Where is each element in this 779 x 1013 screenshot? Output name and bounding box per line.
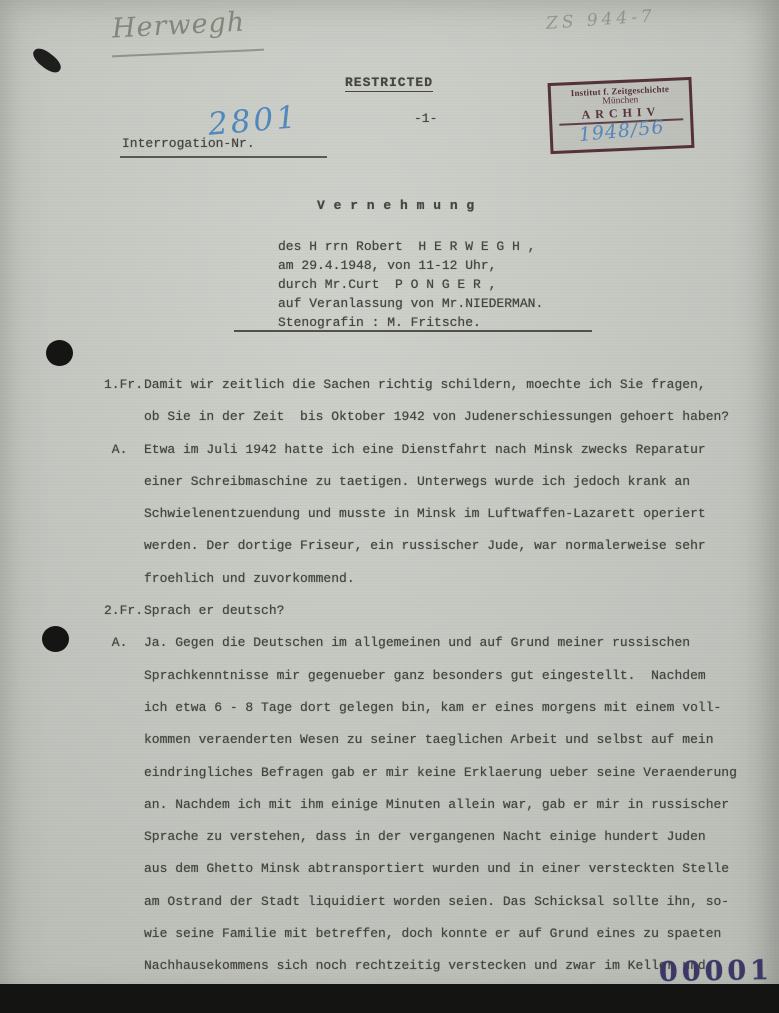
line-text: eindringliches Befragen gab er mir keine… [144, 757, 764, 789]
meta-line: am 29.4.1948, von 11-12 Uhr, [278, 256, 543, 275]
line-text: kommen veraenderten Wesen zu seiner taeg… [144, 724, 764, 756]
transcript-line: am Ostrand der Stadt liquidiert worden s… [104, 886, 764, 918]
line-text: aus dem Ghetto Minsk abtransportiert wur… [144, 853, 764, 885]
transcript-line: ob Sie in der Zeit bis Oktober 1942 von … [104, 401, 764, 433]
line-label: A. [104, 434, 144, 466]
page-stamp-number: 00001 [659, 955, 773, 988]
line-text: einer Schreibmaschine zu taetigen. Unter… [144, 466, 764, 498]
line-text: an. Nachdem ich mit ihm einige Minuten a… [144, 789, 764, 821]
handwritten-name-underline [112, 49, 264, 58]
pencil-archive-reference: ZS 944-7 [545, 6, 656, 34]
line-label [104, 950, 144, 982]
punch-hole-bottom [42, 626, 69, 652]
transcript-line: an. Nachdem ich mit ihm einige Minuten a… [104, 789, 764, 821]
line-label [104, 466, 144, 498]
interrogation-number-handwritten: 2801 [207, 99, 301, 143]
line-text: Sprache zu verstehen, dass in der vergan… [144, 821, 764, 853]
line-text: Etwa im Juli 1942 hatte ich eine Dienstf… [144, 434, 764, 466]
interrogation-number-underline [120, 156, 327, 158]
line-text: ich etwa 6 - 8 Tage dort gelegen bin, ka… [144, 692, 764, 724]
line-label [104, 692, 144, 724]
line-label: A. [104, 627, 144, 659]
transcript-line: Sprache zu verstehen, dass in der vergan… [104, 821, 764, 853]
line-label [104, 498, 144, 530]
page-number: -1- [414, 111, 437, 126]
line-label [104, 821, 144, 853]
transcript-line: aus dem Ghetto Minsk abtransportiert wur… [104, 853, 764, 885]
line-label [104, 563, 144, 595]
line-text: werden. Der dortige Friseur, ein russisc… [144, 530, 764, 562]
scan-edge-bottom [0, 984, 779, 1013]
line-text: Schwielenentzuendung und musste in Minsk… [144, 498, 764, 530]
transcript-line: Schwielenentzuendung und musste in Minsk… [104, 498, 764, 530]
scan-corner-mark [30, 45, 64, 77]
line-label [104, 401, 144, 433]
document-title: V e r n e h m u n g [317, 198, 475, 213]
line-text: froehlich und zuvorkommend. [144, 563, 764, 595]
transcript-line: froehlich und zuvorkommend. [104, 563, 764, 595]
transcript-line: werden. Der dortige Friseur, ein russisc… [104, 530, 764, 562]
line-label [104, 918, 144, 950]
header-divider [234, 330, 592, 332]
transcript-line: A. Etwa im Juli 1942 hatte ich eine Dien… [104, 434, 764, 466]
line-text: Sprach er deutsch? [144, 595, 764, 627]
meta-line: durch Mr.Curt P O N G E R , [278, 275, 543, 294]
line-text: Damit wir zeitlich die Sachen richtig sc… [144, 369, 764, 401]
meta-line: auf Veranlassung von Mr.NIEDERMAN. [278, 294, 543, 313]
line-label [104, 530, 144, 562]
transcript-line: kommen veraenderten Wesen zu seiner taeg… [104, 724, 764, 756]
line-label [104, 660, 144, 692]
transcript-body: 1.Fr. Damit wir zeitlich die Sachen rich… [104, 369, 764, 983]
line-label [104, 853, 144, 885]
line-label [104, 724, 144, 756]
line-label [104, 789, 144, 821]
line-text: Sprachkenntnisse mir gegenueber ganz bes… [144, 660, 764, 692]
transcript-line: Sprachkenntnisse mir gegenueber ganz bes… [104, 660, 764, 692]
archive-number-handwritten: 1948/56 [578, 118, 665, 144]
meta-line: des H rrn Robert H E R W E G H , [278, 237, 543, 256]
line-label [104, 757, 144, 789]
classification-header: RESTRICTED [345, 75, 433, 92]
transcript-line: 1.Fr. Damit wir zeitlich die Sachen rich… [104, 369, 764, 401]
line-text: wie seine Familie mit betreffen, doch ko… [144, 918, 764, 950]
line-text: Ja. Gegen die Deutschen im allgemeinen u… [144, 627, 764, 659]
handwritten-name: Herwegh [111, 7, 246, 45]
line-label: 1.Fr. [104, 369, 144, 401]
transcript-line: ich etwa 6 - 8 Tage dort gelegen bin, ka… [104, 692, 764, 724]
transcript-line: A. Ja. Gegen die Deutschen im allgemeine… [104, 627, 764, 659]
interrogation-meta: des H rrn Robert H E R W E G H , am 29.4… [278, 237, 543, 332]
line-text: am Ostrand der Stadt liquidiert worden s… [144, 886, 764, 918]
archive-stamp: Institut f. Zeitgeschichte München ARCHI… [548, 77, 695, 154]
transcript-line: wie seine Familie mit betreffen, doch ko… [104, 918, 764, 950]
scanned-document-page: Herwegh ZS 944-7 RESTRICTED -1- Interrog… [0, 0, 779, 1013]
transcript-line: einer Schreibmaschine zu taetigen. Unter… [104, 466, 764, 498]
transcript-line: 2.Fr. Sprach er deutsch? [104, 595, 764, 627]
line-text: ob Sie in der Zeit bis Oktober 1942 von … [144, 401, 764, 433]
line-label: 2.Fr. [104, 595, 144, 627]
transcript-line: eindringliches Befragen gab er mir keine… [104, 757, 764, 789]
punch-hole-top [46, 340, 73, 366]
line-label [104, 886, 144, 918]
